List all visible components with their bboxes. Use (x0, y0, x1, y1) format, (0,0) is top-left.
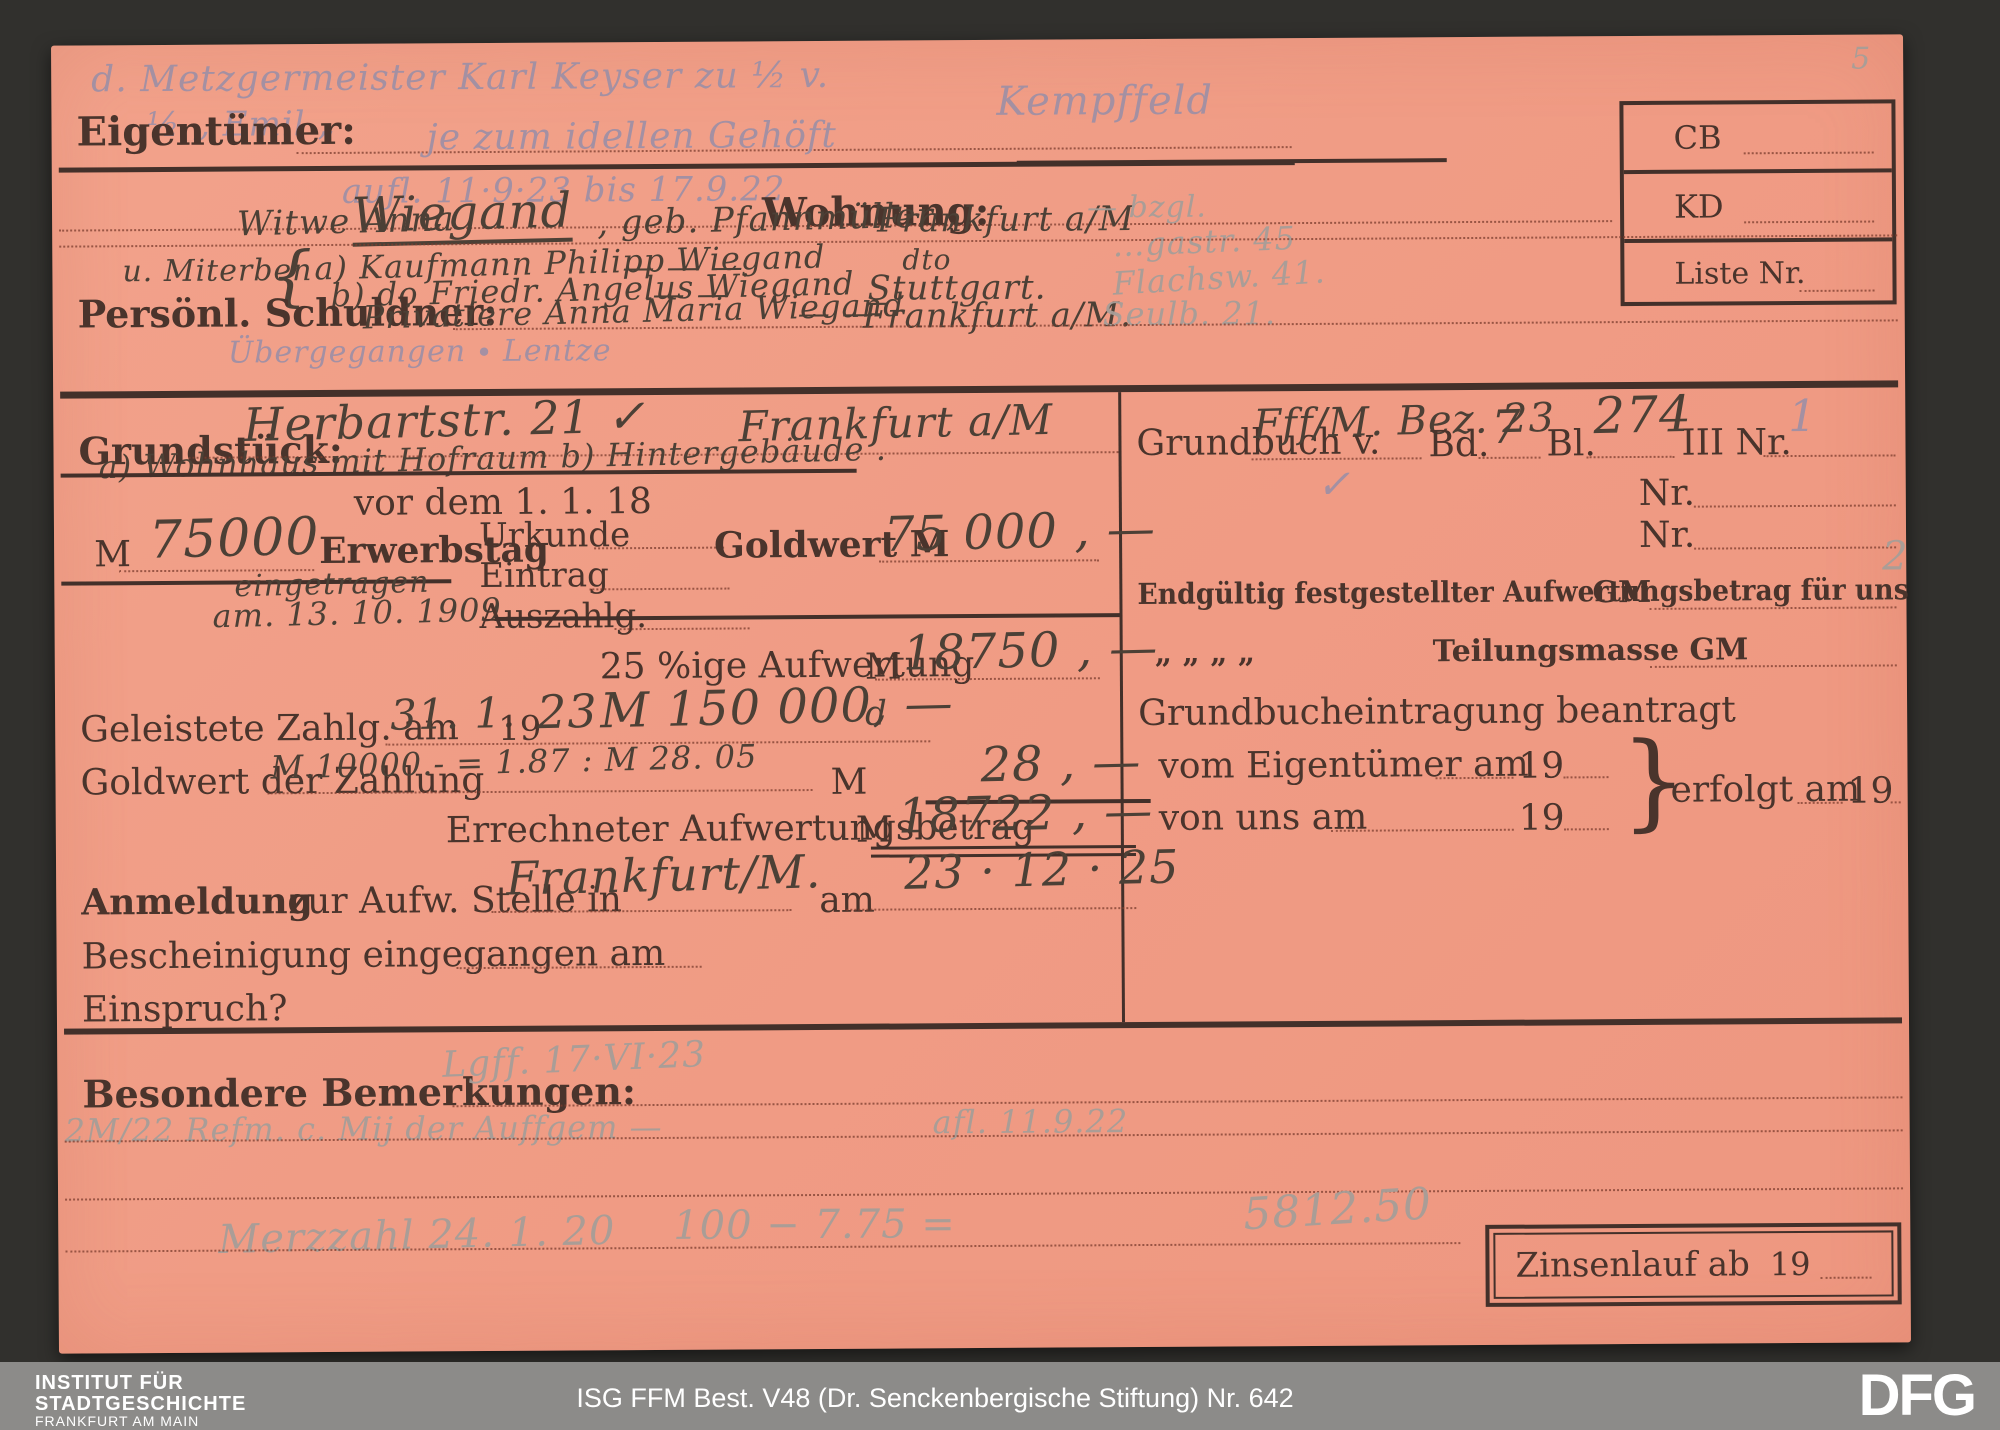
dfg-logo: DFG (1859, 1364, 1975, 1428)
revaluation-25-amount: 18750 , — (902, 622, 1159, 681)
dotted-line-gm-1 (1649, 606, 1896, 610)
certificate-received-label: Bescheinigung eingegangen am (81, 934, 665, 977)
by-owner-19: 19 (1518, 746, 1564, 786)
final-revaluation-label: Endgültig festgestellter Aufwertungsbetr… (1137, 574, 1908, 611)
debtor-address-3: Frankfurt a/M. (863, 297, 1132, 336)
nr-label-2: Nr. (1639, 474, 1695, 514)
calculated-revaluation-amount: 18722 , — (897, 785, 1154, 844)
calculated-revaluation-m: M (856, 811, 893, 851)
nr-label-3: Nr. (1639, 516, 1695, 556)
archive-caption: ISG FFM Best. V48 (Dr. Senckenbergische … (555, 1384, 1315, 1414)
interest-start-box: Zinsenlauf ab 19 (1485, 1222, 1901, 1307)
effected-on-label: erfolgt am (1670, 770, 1860, 811)
gold-value-amount: 75 000 , — (883, 503, 1156, 562)
scan-background: d. Metzgermeister Karl Keyser zu ½ v. Ke… (0, 0, 2000, 1430)
sheet-value: 274 (1593, 387, 1693, 444)
dotted-line-effected (1798, 802, 1843, 804)
registry-corner-box: CB KD Liste Nr. (1619, 99, 1896, 306)
corner-box-row-kd: KD (1624, 172, 1892, 243)
pencil-calculation-result: 5812.50 (1242, 1180, 1433, 1239)
liste-nr-dotted-line (1800, 290, 1875, 292)
dotted-line-volume (1479, 457, 1541, 459)
pencil-address-1a: — bzgl. (1087, 191, 1207, 225)
interest-19: 19 (1770, 1245, 1811, 1283)
registration-date: 23 · 12 · 25 (904, 841, 1180, 898)
dotted-line-gold-value (879, 559, 1099, 562)
registered-note-2: am. 13. 10. 1909. (212, 592, 513, 634)
kd-label: KD (1674, 187, 1724, 225)
cb-label: CB (1673, 118, 1721, 156)
by-owner-label: vom Eigentümer am (1158, 745, 1529, 787)
dotted-line-remarks-3 (65, 1187, 1903, 1200)
pencil-calculation: 100 − 7.75 = (673, 1202, 956, 1248)
by-us-label: von uns am (1159, 798, 1368, 839)
archive-footer-bar: INSTITUT FÜR STADTGESCHICHTE FRANKFURT A… (0, 1362, 2000, 1430)
payment-year: 23 (537, 686, 599, 738)
dotted-line-by-us (1331, 829, 1514, 832)
pencil-annotation-owner: d. Metzgermeister Karl Keyser zu ½ v. (91, 56, 829, 100)
registration-place: Frankfurt/M. (506, 846, 822, 904)
dotted-line-interest-2 (1821, 1277, 1872, 1279)
pencil-checkmark: ✓ (1317, 463, 1352, 507)
dotted-line-nr-3 (1694, 546, 1896, 549)
institute-line-2: STADTGESCHICHTE (35, 1393, 246, 1415)
by-us-19: 19 (1519, 798, 1565, 838)
division-mass-gm-label: Teilungsmasse GM (1433, 633, 1749, 668)
liste-nr-label: Liste Nr. (1674, 256, 1805, 292)
iii-nr-label: III Nr. (1681, 423, 1792, 463)
dotted-line-payout (615, 627, 750, 630)
pencil-nr-value: 1 (1788, 393, 1817, 442)
dotted-line-entry (589, 588, 729, 591)
dotted-line-by-owner-2 (1564, 776, 1609, 778)
dotted-line-remarks-1 (453, 1096, 1903, 1107)
gold-value-payment-m: M (830, 763, 867, 803)
gold-value-formula: M.10000.- = 1.87 : M 28. 05 (270, 739, 758, 786)
pencil-annotation-share: je zum idellen Gehöft (426, 116, 836, 158)
institute-line-1: INSTITUT FÜR (35, 1372, 184, 1394)
owner-label: Eigentümer: (76, 109, 356, 155)
pencil-address-3: Seulb. 21. (1103, 296, 1277, 332)
dotted-line-registration-place (491, 909, 791, 913)
registration-am: am (819, 881, 875, 921)
interest-start-label: Zinsenlauf ab (1515, 1244, 1750, 1285)
pencil-annotation-owner-2: Kempffeld (996, 79, 1213, 124)
dotted-line-gm-2 (1650, 664, 1897, 668)
interest-start-inner: Zinsenlauf ab 19 (1493, 1230, 1893, 1298)
dotted-line-registration-date (846, 907, 1136, 911)
mark-label: M (94, 535, 131, 575)
dotted-line-effected-2 (1891, 801, 1901, 803)
pencil-note-lentze: Übergegangen ∙ Lentze (228, 334, 612, 369)
divider-heavy-2 (64, 1017, 1902, 1034)
pencil-remark-1: Lgff. 17·VI·23 (442, 1035, 707, 1085)
institute-line-3: FRANKFURT AM MAIN (35, 1414, 199, 1429)
corner-box-row-liste: Liste Nr. (1624, 241, 1892, 303)
registration-label-bold: Anmeldung (81, 882, 313, 923)
index-card: d. Metzgermeister Karl Keyser zu ½ v. Ke… (51, 34, 1911, 1353)
corner-box-row-cb: CB (1623, 103, 1891, 174)
dotted-line-by-us-2 (1564, 828, 1609, 830)
objection-label: Einspruch? (82, 989, 288, 1030)
pencil-merzzahl: Merzzahl 24. 1. 20 (218, 1209, 616, 1262)
payment-suffix: d (865, 696, 888, 734)
dotted-line-nr-2 (1694, 504, 1896, 507)
debtor-widow-surname: Wiegand (351, 185, 573, 247)
mark-amount: 75000. (148, 508, 337, 570)
deed-label: Urkunde (479, 517, 630, 555)
dotted-line-sheet (1587, 456, 1675, 459)
payment-amount: M 150 000, — (600, 677, 955, 738)
effected-19: 19 (1847, 771, 1893, 811)
kd-dotted-line (1744, 221, 1874, 224)
cb-dotted-line (1744, 152, 1874, 155)
divider-vertical (1118, 392, 1125, 1022)
pencil-remark-2: 2M/22 Refm. c. Mij der Auffgem — (65, 1110, 663, 1149)
volume-value: 7 (1491, 401, 1522, 452)
ditto-quotes: „ „ „ „ (1155, 636, 1256, 670)
final-revaluation-gm: GM (1592, 576, 1651, 609)
dotted-line-deed (594, 547, 724, 550)
dotted-line-iii-nr (1764, 454, 1896, 457)
pencil-corner-mark: 5 (1851, 43, 1871, 76)
